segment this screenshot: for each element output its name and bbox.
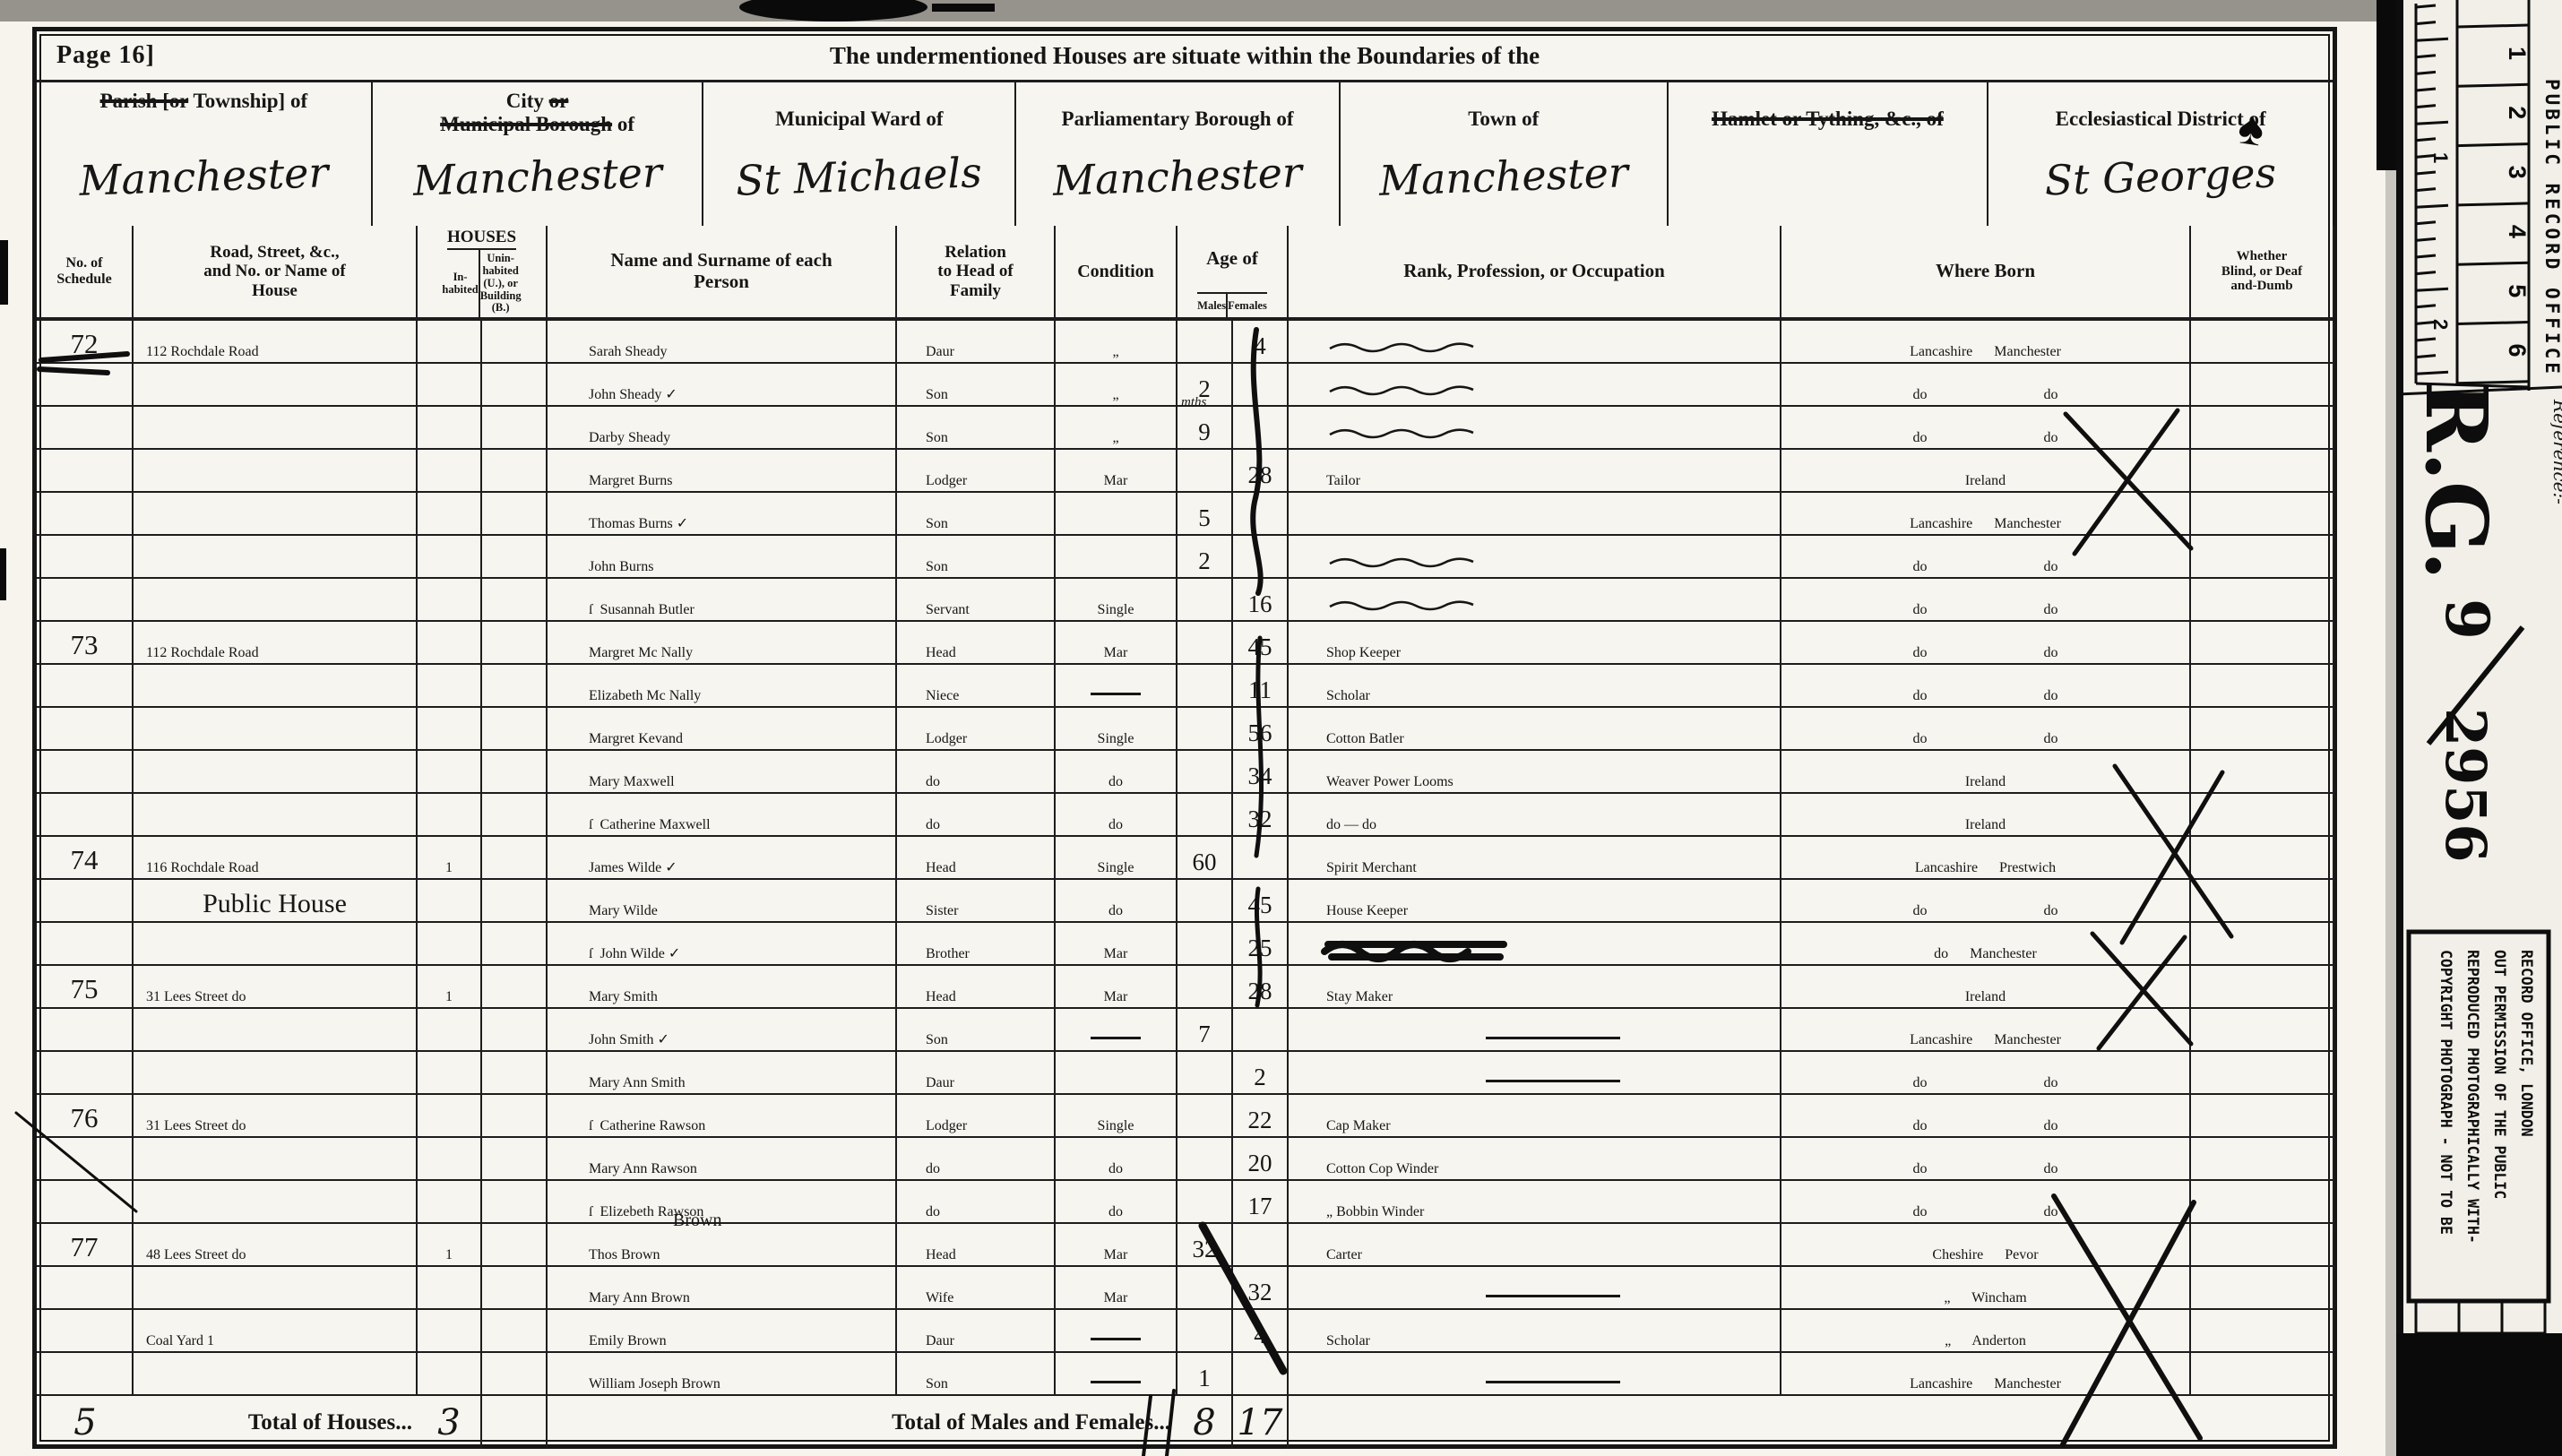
cell-schedule xyxy=(37,923,134,966)
cell-condition: Single xyxy=(1056,1095,1177,1138)
cell-occupation: Shop Keeper xyxy=(1289,622,1781,665)
cell-occupation: Stay Maker xyxy=(1289,966,1781,1009)
cell-road xyxy=(134,364,418,407)
cell-uninhabited xyxy=(482,1095,548,1138)
cell-uninhabited xyxy=(482,1009,548,1052)
cell-schedule xyxy=(37,880,134,923)
cell-road: 112 Rochdale Road xyxy=(134,321,418,364)
ward-value: St Michaels xyxy=(703,147,1015,206)
cell-age-male xyxy=(1177,1310,1233,1353)
col-schedule: No. of Schedule xyxy=(37,226,134,317)
cell-age-female: 45 xyxy=(1233,880,1289,923)
cell-name: Mary Ann Brown xyxy=(548,1267,897,1310)
cell-schedule xyxy=(37,536,134,579)
cell-age-female: 11 xyxy=(1233,665,1289,708)
cell-inhabited xyxy=(418,407,482,450)
cell-where-born: dodo xyxy=(1781,536,2191,579)
cell-condition: Single xyxy=(1056,579,1177,622)
cell-relation: Son xyxy=(897,364,1056,407)
cell-occupation: Scholar xyxy=(1289,665,1781,708)
cell-blind-deaf xyxy=(2191,794,2334,837)
cell-occupation xyxy=(1289,536,1781,579)
cell-uninhabited xyxy=(482,1224,548,1267)
cell-relation: Lodger xyxy=(897,450,1056,493)
cell-age-male xyxy=(1177,751,1233,794)
cell-blind-deaf xyxy=(2191,536,2334,579)
cell-occupation: Cotton Cop Winder xyxy=(1289,1138,1781,1181)
cell-road xyxy=(134,794,418,837)
form-title-band: Page 16] The undermentioned Houses are s… xyxy=(37,31,2333,82)
total-females: 17 xyxy=(1233,1396,1289,1449)
cell-age-female: 4 xyxy=(1233,321,1289,364)
cell-schedule xyxy=(37,579,134,622)
cell-age-female: 32 xyxy=(1233,794,1289,837)
cell-name: William Joseph Brown xyxy=(548,1353,897,1396)
cell-schedule xyxy=(37,364,134,407)
cell-where-born: dodo xyxy=(1781,622,2191,665)
cell-condition: Mar xyxy=(1056,1267,1177,1310)
cell-road xyxy=(134,1267,418,1310)
cell-uninhabited xyxy=(482,708,548,751)
cell-where-born: Cheshire Pevor xyxy=(1781,1224,2191,1267)
cell-age-male xyxy=(1177,923,1233,966)
cell-blind-deaf xyxy=(2191,1138,2334,1181)
cell-inhabited xyxy=(418,1009,482,1052)
cell-occupation xyxy=(1289,923,1781,966)
cell-road xyxy=(134,407,418,450)
cell-age-male: 7 xyxy=(1177,1009,1233,1052)
cell-inhabited xyxy=(418,751,482,794)
cell-schedule xyxy=(37,751,134,794)
cell-age-female xyxy=(1233,364,1289,407)
cell-uninhabited xyxy=(482,579,548,622)
cell-condition: do xyxy=(1056,751,1177,794)
cell-where-born: dodo xyxy=(1781,665,2191,708)
cell-inhabited xyxy=(418,536,482,579)
cell-where-born: dodo xyxy=(1781,1181,2191,1224)
cell-occupation: Weaver Power Looms xyxy=(1289,751,1781,794)
city-value: Manchester xyxy=(372,147,703,207)
cell-road: 116 Rochdale Road xyxy=(134,837,418,880)
cell-inhabited xyxy=(418,450,482,493)
col-blind: Whether Blind, or Deaf and-Dumb xyxy=(2191,226,2334,317)
cell-inhabited xyxy=(418,794,482,837)
cell-where-born: dodo xyxy=(1781,579,2191,622)
cell-age-male xyxy=(1177,1095,1233,1138)
cell-occupation: Spirit Merchant xyxy=(1289,837,1781,880)
cell-name: ſCatherine Rawson xyxy=(548,1095,897,1138)
census-scan: Page 16] The undermentioned Houses are s… xyxy=(0,0,2562,1456)
cell-uninhabited xyxy=(482,1267,548,1310)
township-value: Manchester xyxy=(36,147,371,207)
cell-condition xyxy=(1056,1052,1177,1095)
cell-condition xyxy=(1056,1310,1177,1353)
cell-age-female: 28 xyxy=(1233,450,1289,493)
cell-schedule: 76 xyxy=(37,1095,134,1138)
district-city: City or Municipal Borough of Manchester xyxy=(373,82,704,226)
cell-condition: Mar xyxy=(1056,622,1177,665)
cell-inhabited: 1 xyxy=(418,837,482,880)
cell-uninhabited xyxy=(482,966,548,1009)
district-hamlet: Hamlet or Tything, &c., of xyxy=(1669,82,1989,226)
cell-occupation: Scholar xyxy=(1289,1310,1781,1353)
cell-road xyxy=(134,493,418,536)
cell-where-born: Lancashire Prestwich xyxy=(1781,837,2191,880)
cell-schedule xyxy=(37,708,134,751)
cell-uninhabited xyxy=(482,364,548,407)
cell-inhabited xyxy=(418,708,482,751)
cell-relation: Son xyxy=(897,1009,1056,1052)
cell-relation: Son xyxy=(897,493,1056,536)
cell-where-born: Ireland xyxy=(1781,794,2191,837)
cell-where-born: „ Wincham xyxy=(1781,1267,2191,1310)
cell-blind-deaf xyxy=(2191,837,2334,880)
cell-road: Public House xyxy=(134,880,418,923)
cell-relation: do xyxy=(897,794,1056,837)
cell-blind-deaf xyxy=(2191,622,2334,665)
col-condition: Condition xyxy=(1056,226,1177,317)
cell-inhabited xyxy=(418,665,482,708)
cell-blind-deaf xyxy=(2191,923,2334,966)
cell-condition xyxy=(1056,665,1177,708)
scan-top-edge xyxy=(0,0,2562,23)
cell-age-male xyxy=(1177,1181,1233,1224)
cell-where-born: Lancashire Manchester xyxy=(1781,1353,2191,1396)
cell-where-born: Ireland xyxy=(1781,751,2191,794)
cell-inhabited xyxy=(418,923,482,966)
cell-name: Mary Ann Smith xyxy=(548,1052,897,1095)
cell-age-female: 56 xyxy=(1233,708,1289,751)
total-males: 8 xyxy=(1177,1396,1233,1449)
cell-age-female: 20 xyxy=(1233,1138,1289,1181)
col-houses: HOUSES In- habited Unin- habited (U.), o… xyxy=(418,226,548,317)
cell-uninhabited xyxy=(482,493,548,536)
cell-schedule xyxy=(37,1052,134,1095)
cell-blind-deaf xyxy=(2191,1353,2334,1396)
cell-inhabited xyxy=(418,1310,482,1353)
parliamentary-value: Manchester xyxy=(1015,147,1339,207)
cell-age-male: 9mths xyxy=(1177,407,1233,450)
cell-age-female xyxy=(1233,1009,1289,1052)
cell-uninhabited xyxy=(482,536,548,579)
piece-number: 2956 xyxy=(2433,708,2498,863)
cell-age-female xyxy=(1233,536,1289,579)
cell-name: Emily Brown xyxy=(548,1310,897,1353)
cell-where-born: dodo xyxy=(1781,708,2191,751)
cell-inhabited xyxy=(418,1181,482,1224)
cell-schedule: 75 xyxy=(37,966,134,1009)
class-number: 9 xyxy=(2432,599,2502,640)
cell-relation: Head xyxy=(897,622,1056,665)
cell-blind-deaf xyxy=(2191,493,2334,536)
cell-name: ſCatherine Maxwell xyxy=(548,794,897,837)
cell-name: Elizabeth Mc Nally xyxy=(548,665,897,708)
cell-schedule xyxy=(37,1009,134,1052)
cell-uninhabited xyxy=(482,837,548,880)
cell-occupation xyxy=(1289,1052,1781,1095)
cell-inhabited xyxy=(418,622,482,665)
cell-blind-deaf xyxy=(2191,665,2334,708)
cell-occupation xyxy=(1289,1267,1781,1310)
reference-label: Reference:- xyxy=(2549,399,2562,504)
cell-uninhabited xyxy=(482,1181,548,1224)
cell-uninhabited xyxy=(482,923,548,966)
cell-condition: do xyxy=(1056,1138,1177,1181)
cell-relation: Son xyxy=(897,407,1056,450)
cell-uninhabited xyxy=(482,1138,548,1181)
cell-name: Margret Mc Nally xyxy=(548,622,897,665)
district-ecclesiastical: Ecclesiastical District of St Georges xyxy=(1988,82,2333,226)
cell-age-female: 2 xyxy=(1233,1052,1289,1095)
cell-blind-deaf xyxy=(2191,1310,2334,1353)
totals-spacer xyxy=(482,1396,548,1449)
cell-schedule xyxy=(37,794,134,837)
cell-schedule: 74 xyxy=(37,837,134,880)
col-road: Road, Street, &c., and No. or Name of Ho… xyxy=(134,226,418,317)
cell-age-male: 5 xyxy=(1177,493,1233,536)
cell-condition xyxy=(1056,1009,1177,1052)
cell-relation: Head xyxy=(897,837,1056,880)
cell-occupation: „ Bobbin Winder xyxy=(1289,1181,1781,1224)
cell-name: John Smith ✓ xyxy=(548,1009,897,1052)
cell-occupation: Carter xyxy=(1289,1224,1781,1267)
ruler-inch-number: 6 xyxy=(2504,344,2531,358)
cell-road xyxy=(134,1181,418,1224)
cell-age-female: 28 xyxy=(1233,966,1289,1009)
cell-relation: do xyxy=(897,1138,1056,1181)
cell-uninhabited xyxy=(482,407,548,450)
cell-name: Mary Smith xyxy=(548,966,897,1009)
cell-name: Mary Ann Rawson xyxy=(548,1138,897,1181)
cell-age-male: 32 xyxy=(1177,1224,1233,1267)
cell-condition xyxy=(1056,536,1177,579)
cell-age-male xyxy=(1177,622,1233,665)
cell-inhabited xyxy=(418,1138,482,1181)
cell-where-born: Lancashire Manchester xyxy=(1781,1009,2191,1052)
cell-blind-deaf xyxy=(2191,579,2334,622)
cell-age-female: 32 xyxy=(1233,1267,1289,1310)
cell-occupation xyxy=(1289,321,1781,364)
cell-condition: Mar xyxy=(1056,966,1177,1009)
cell-road xyxy=(134,536,418,579)
cell-schedule: 77 xyxy=(37,1224,134,1267)
cell-relation: Daur xyxy=(897,321,1056,364)
cell-condition: „ xyxy=(1056,364,1177,407)
cell-uninhabited xyxy=(482,321,548,364)
cell-age-female xyxy=(1233,407,1289,450)
cell-condition: Single xyxy=(1056,837,1177,880)
cell-name: Margret Kevand xyxy=(548,708,897,751)
cell-inhabited xyxy=(418,321,482,364)
cell-relation: do xyxy=(897,751,1056,794)
cell-road: 48 Lees Street do xyxy=(134,1224,418,1267)
cell-relation: Head xyxy=(897,966,1056,1009)
cell-inhabited xyxy=(418,493,482,536)
cell-where-born: do Manchester xyxy=(1781,923,2191,966)
cell-blind-deaf xyxy=(2191,708,2334,751)
town-value: Manchester xyxy=(1340,147,1667,207)
cell-condition: Mar xyxy=(1056,1224,1177,1267)
cell-schedule xyxy=(37,407,134,450)
cell-name: John Burns xyxy=(548,536,897,579)
census-rows: 72112 Rochdale RoadSarah SheadyDaur„4Lan… xyxy=(37,321,2333,1396)
cell-inhabited xyxy=(418,1353,482,1396)
district-parliamentary: Parliamentary Borough of Manchester xyxy=(1016,82,1341,226)
cell-name: Mary Wilde xyxy=(548,880,897,923)
cell-where-born: dodo xyxy=(1781,407,2191,450)
copyright-line: RECORD OFFICE, LONDON xyxy=(2518,950,2535,1137)
total-mf-label: Total of Males and Females... xyxy=(548,1396,1177,1449)
cell-relation: Lodger xyxy=(897,1095,1056,1138)
cell-schedule xyxy=(37,493,134,536)
copyright-line: OUT PERMISSION OF THE PUBLIC xyxy=(2491,950,2508,1199)
cell-road: Coal Yard 1 xyxy=(134,1310,418,1353)
cell-blind-deaf xyxy=(2191,450,2334,493)
total-schedules: 5 xyxy=(37,1396,134,1449)
cell-inhabited xyxy=(418,1095,482,1138)
total-houses-value: 3 xyxy=(418,1396,482,1449)
cell-name: Thomas Burns ✓ xyxy=(548,493,897,536)
cell-name: Mary Maxwell xyxy=(548,751,897,794)
cell-schedule xyxy=(37,1138,134,1181)
cell-where-born: dodo xyxy=(1781,1138,2191,1181)
cell-blind-deaf xyxy=(2191,1095,2334,1138)
cell-relation: Son xyxy=(897,536,1056,579)
cell-road xyxy=(134,579,418,622)
copyright-line: REPRODUCED PHOTOGRAPHICALLY WITH- xyxy=(2464,950,2481,1244)
cell-condition: Mar xyxy=(1056,450,1177,493)
cell-age-female xyxy=(1233,837,1289,880)
cell-relation: Head xyxy=(897,1224,1056,1267)
cell-age-male xyxy=(1177,1267,1233,1310)
cell-condition: do xyxy=(1056,1181,1177,1224)
cell-age-male xyxy=(1177,321,1233,364)
cell-uninhabited xyxy=(482,1052,548,1095)
cell-where-born: Lancashire Manchester xyxy=(1781,493,2191,536)
cell-inhabited xyxy=(418,364,482,407)
cell-inhabited xyxy=(418,880,482,923)
cell-road: 31 Lees Street do xyxy=(134,966,418,1009)
public-record-office-stamp: PUBLIC RECORD OFFICE xyxy=(2541,79,2562,377)
cell-inhabited: 1 xyxy=(418,1224,482,1267)
cell-uninhabited xyxy=(482,1310,548,1353)
cell-blind-deaf xyxy=(2191,1224,2334,1267)
cell-age-male xyxy=(1177,665,1233,708)
cell-condition: „ xyxy=(1056,321,1177,364)
cell-road xyxy=(134,1138,418,1181)
cell-where-born: Lancashire Manchester xyxy=(1781,321,2191,364)
cell-age-male: 2 xyxy=(1177,536,1233,579)
cell-name: ſElizebeth Rawson xyxy=(548,1181,897,1224)
cell-relation: Wife xyxy=(897,1267,1056,1310)
cell-uninhabited xyxy=(482,794,548,837)
col-relation: Relation to Head of Family xyxy=(897,226,1056,317)
district-town: Town of Manchester xyxy=(1341,82,1669,226)
cell-age-female: 34 xyxy=(1233,751,1289,794)
cell-uninhabited xyxy=(482,751,548,794)
cell-blind-deaf xyxy=(2191,364,2334,407)
cell-age-male xyxy=(1177,579,1233,622)
cell-road: 112 Rochdale Road xyxy=(134,622,418,665)
cell-age-male xyxy=(1177,450,1233,493)
cell-condition xyxy=(1056,1353,1177,1396)
cell-age-female: 16 xyxy=(1233,579,1289,622)
cell-name: John Sheady ✓ xyxy=(548,364,897,407)
cell-road xyxy=(134,1353,418,1396)
cell-schedule xyxy=(37,1353,134,1396)
cell-age-male xyxy=(1177,708,1233,751)
cell-occupation: Cotton Batler xyxy=(1289,708,1781,751)
ruler-inch-number: 3 xyxy=(2504,166,2531,179)
cell-inhabited xyxy=(418,579,482,622)
cell-occupation: do — do xyxy=(1289,794,1781,837)
ecclesiastical-value: St Georges xyxy=(1988,146,2333,206)
cell-age-female: 45 xyxy=(1233,622,1289,665)
cell-blind-deaf xyxy=(2191,1009,2334,1052)
cell-age-male xyxy=(1177,794,1233,837)
cell-uninhabited xyxy=(482,622,548,665)
cell-relation: do xyxy=(897,1181,1056,1224)
cell-schedule xyxy=(37,450,134,493)
ruler-inch-number: 1 xyxy=(2504,47,2531,60)
col-males: Males xyxy=(1197,294,1228,317)
cell-schedule xyxy=(37,1310,134,1353)
cell-blind-deaf xyxy=(2191,880,2334,923)
cell-road: 31 Lees Street do xyxy=(134,1095,418,1138)
ruler-cm-number: 1 xyxy=(2429,152,2452,163)
col-born: Where Born xyxy=(1781,226,2191,317)
ruler-inch-number: 5 xyxy=(2504,284,2531,297)
cell-name: Sarah Sheady xyxy=(548,321,897,364)
cell-age-female: 22 xyxy=(1233,1095,1289,1138)
cell-inhabited: 1 xyxy=(418,966,482,1009)
cell-where-born: dodo xyxy=(1781,364,2191,407)
cell-age-male xyxy=(1177,1138,1233,1181)
cell-condition: Mar xyxy=(1056,923,1177,966)
district-band: Parish [or Township] of Manchester City … xyxy=(37,82,2333,226)
cell-road xyxy=(134,450,418,493)
scan-corner-black xyxy=(2396,1333,2562,1456)
cell-age-female: 25 xyxy=(1233,923,1289,966)
cell-uninhabited xyxy=(482,450,548,493)
cell-name: ſSusannah Butler xyxy=(548,579,897,622)
cell-age-male: 60 xyxy=(1177,837,1233,880)
cell-where-born: Ireland xyxy=(1781,450,2191,493)
cell-age-female: 4 xyxy=(1233,1310,1289,1353)
cell-name: ſJohn Wilde ✓ xyxy=(548,923,897,966)
cell-condition xyxy=(1056,493,1177,536)
cell-occupation xyxy=(1289,1009,1781,1052)
ruler-inch-number: 4 xyxy=(2504,225,2531,238)
cell-road xyxy=(134,665,418,708)
cell-relation: Daur xyxy=(897,1310,1056,1353)
form-title: The undermentioned Houses are situate wi… xyxy=(37,42,2333,70)
district-township: Parish [or Township] of Manchester xyxy=(37,82,373,226)
cell-condition: „ xyxy=(1056,407,1177,450)
cell-blind-deaf xyxy=(2191,321,2334,364)
cell-age-female xyxy=(1233,1353,1289,1396)
col-uninhabited: Unin- habited (U.), or Building (B.) xyxy=(480,250,522,317)
cell-occupation: House Keeper xyxy=(1289,880,1781,923)
cell-inhabited xyxy=(418,1267,482,1310)
cell-blind-deaf xyxy=(2191,966,2334,1009)
cell-name: Darby Sheady xyxy=(548,407,897,450)
cell-relation: Sister xyxy=(897,880,1056,923)
col-rank: Rank, Profession, or Occupation xyxy=(1289,226,1781,317)
cell-name: Margret Burns xyxy=(548,450,897,493)
cell-blind-deaf xyxy=(2191,1181,2334,1224)
cell-where-born: dodo xyxy=(1781,1052,2191,1095)
